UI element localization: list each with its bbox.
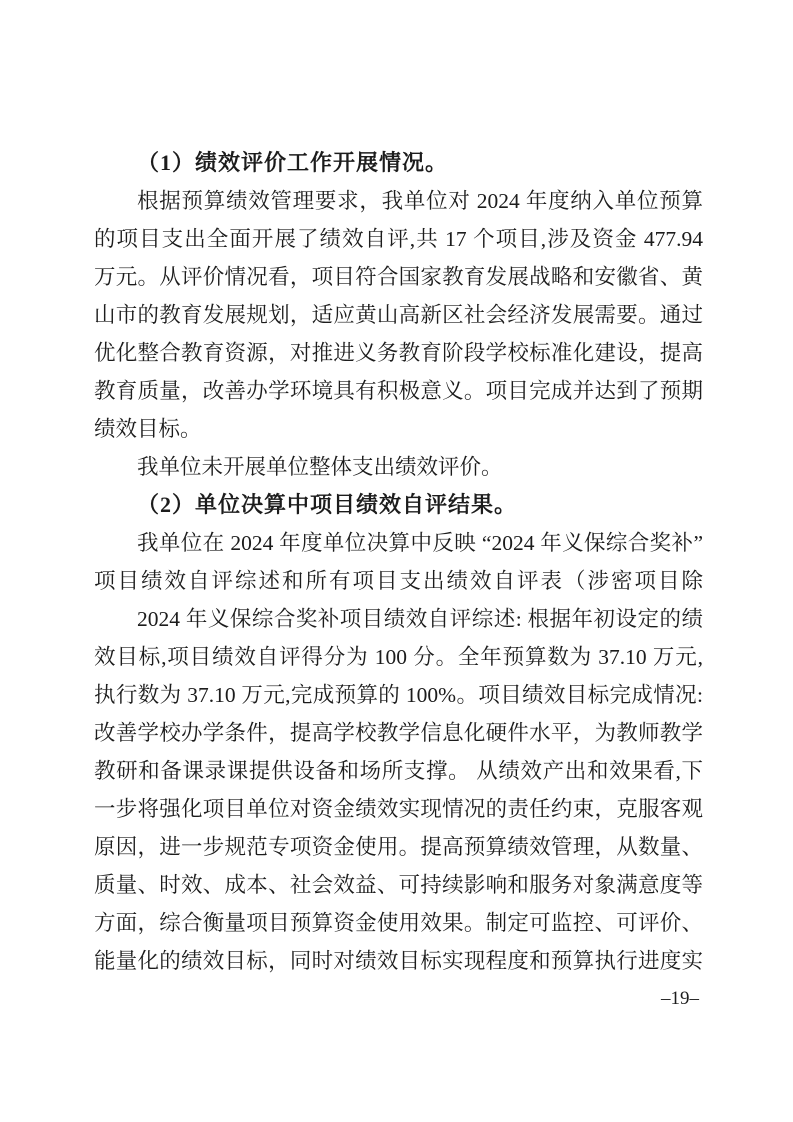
document-line: 一步将强化项目单位对资金绩效实现情况的责任约束，克服客观 xyxy=(94,790,703,828)
document-line: 绩效目标。 xyxy=(94,410,703,448)
section-heading: （2）单位决算中项目绩效自评结果。 xyxy=(94,486,703,524)
document-line: 我单位未开展单位整体支出绩效评价。 xyxy=(94,448,703,486)
document-line: 质量、时效、成本、社会效益、可持续影响和服务对象满意度等 xyxy=(94,866,703,904)
document-line: 我单位在 2024 年度单位决算中反映 “2024 年义保综合奖补” xyxy=(94,524,703,562)
document-line: 改善学校办学条件，提高学校教学信息化硬件水平，为教师教学 xyxy=(94,714,703,752)
document-line: 的项目支出全面开展了绩效自评,共 17 个项目,涉及资金 477.94 xyxy=(94,220,703,258)
document-line: 2024 年义保综合奖补项目绩效自评综述: 根据年初设定的绩 xyxy=(94,600,703,638)
document-line: 教育质量，改善办学环境具有积极意义。项目完成并达到了预期 xyxy=(94,372,703,410)
document-line: 教研和备课录课提供设备和场所支撑。 从绩效产出和效果看,下 xyxy=(94,752,703,790)
document-line: 山市的教育发展规划，适应黄山高新区社会经济发展需要。通过 xyxy=(94,296,703,334)
document-line: 项目绩效自评综述和所有项目支出绩效自评表（涉密项目除外）。 xyxy=(94,562,703,600)
document-body: （1）绩效评价工作开展情况。根据预算绩效管理要求，我单位对 2024 年度纳入单… xyxy=(94,144,703,980)
document-line: 根据预算绩效管理要求，我单位对 2024 年度纳入单位预算 xyxy=(94,182,703,220)
document-line: 效目标,项目绩效自评得分为 100 分。全年预算数为 37.10 万元, xyxy=(94,638,703,676)
document-line: 万元。从评价情况看，项目符合国家教育发展战略和安徽省、黄 xyxy=(94,258,703,296)
document-page: （1）绩效评价工作开展情况。根据预算绩效管理要求，我单位对 2024 年度纳入单… xyxy=(0,0,793,1122)
document-line: 方面，综合衡量项目预算资金使用效果。制定可监控、可评价、 xyxy=(94,904,703,942)
document-line: 原因，进一步规范专项资金使用。提高预算绩效管理，从数量、 xyxy=(94,828,703,866)
section-heading: （1）绩效评价工作开展情况。 xyxy=(94,144,703,182)
document-line: 执行数为 37.10 万元,完成预算的 100%。项目绩效目标完成情况: xyxy=(94,676,703,714)
document-line: 优化整合教育资源，对推进义务教育阶段学校标准化建设，提高 xyxy=(94,334,703,372)
page-number: –19– xyxy=(661,986,699,1012)
document-line: 能量化的绩效目标，同时对绩效目标实现程度和预算执行进度实 xyxy=(94,942,703,980)
